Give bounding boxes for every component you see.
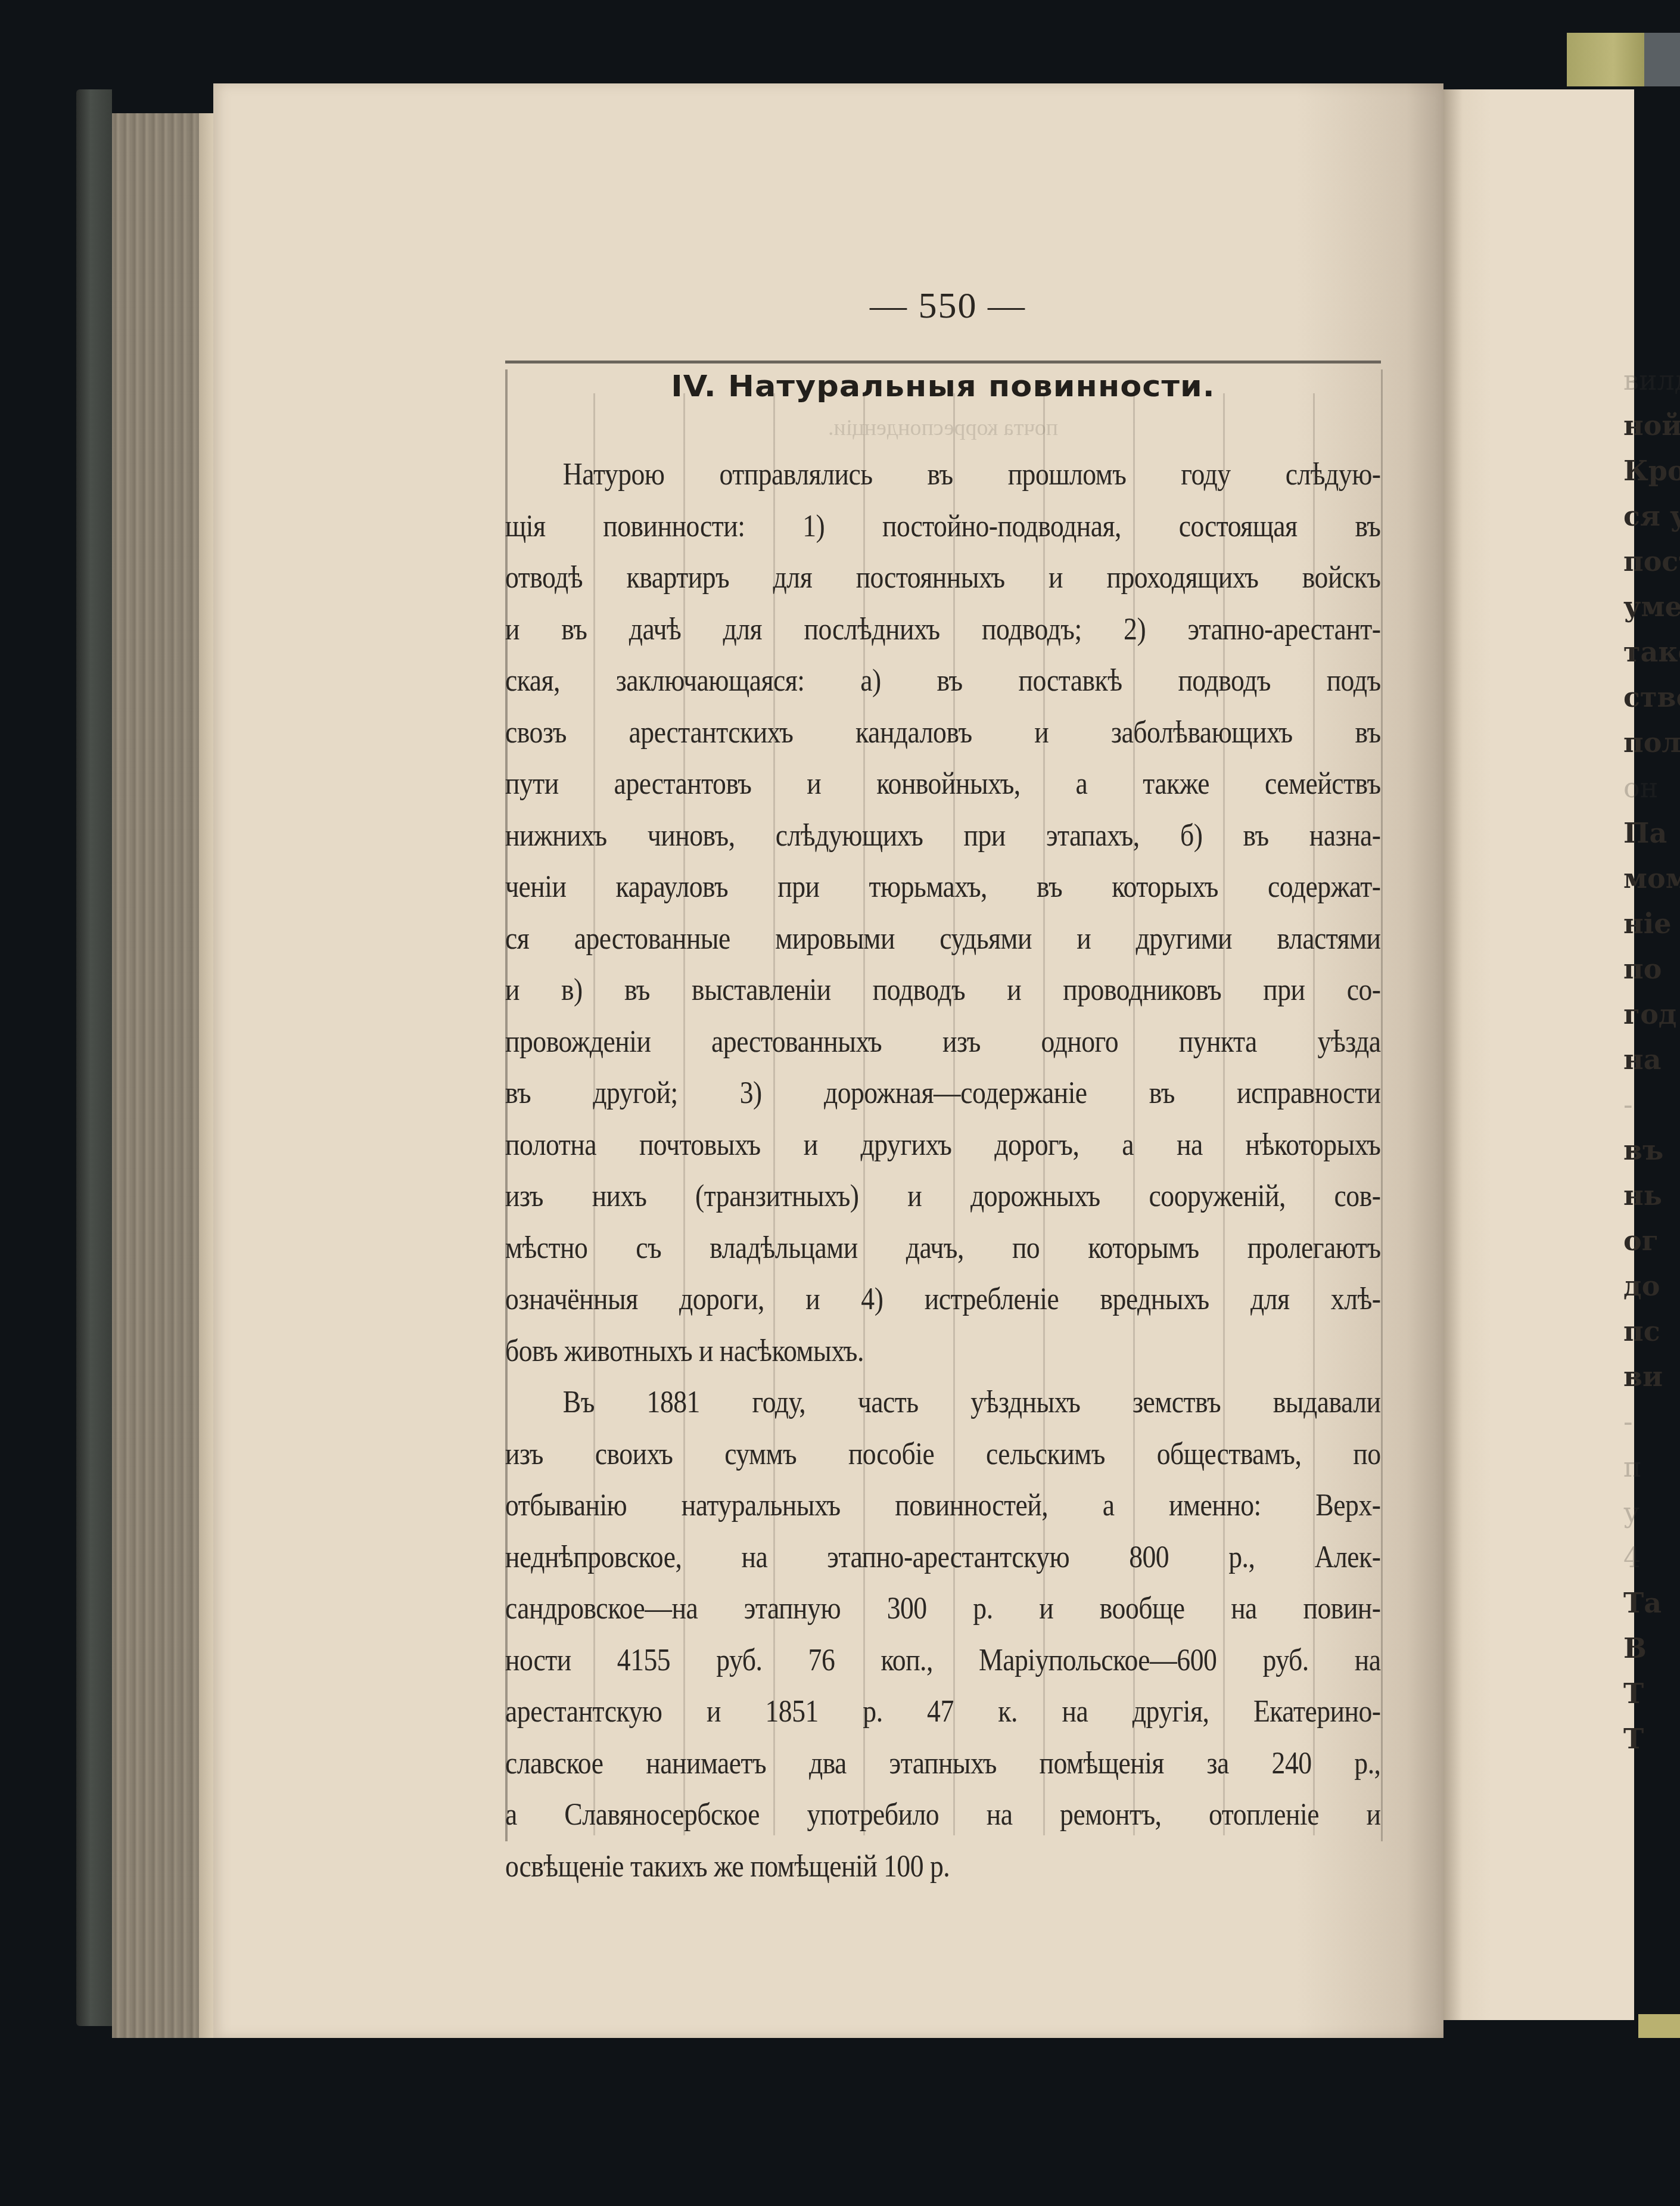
right-fragment: умен	[1623, 584, 1680, 629]
right-fragment: въ	[1623, 1127, 1680, 1173]
right-fragment: Кро	[1623, 448, 1680, 493]
right-fragment: он	[1623, 765, 1680, 810]
right-cover-tab	[1567, 33, 1644, 86]
text-line: неднѣпровское, на этапно-арестантскую 80…	[505, 1532, 1381, 1584]
right-fragment: у	[1623, 1490, 1680, 1535]
bleed-through-right-rule	[1381, 369, 1383, 1841]
text-line: ности 4155 руб. 76 коп., Маріупольское—6…	[505, 1635, 1381, 1687]
right-fragment: ной	[1623, 403, 1680, 448]
text-line: ся арестованные мировыми судьями и други…	[505, 914, 1381, 965]
text-line: освѣщеніе такихъ же помѣщеній 100 р.	[505, 1841, 1381, 1893]
right-fragment: -	[1623, 1399, 1680, 1444]
right-fragment: до	[1623, 1263, 1680, 1309]
right-fragment: -	[1623, 1082, 1680, 1127]
right-fragment: Та	[1623, 1580, 1680, 1626]
right-fragment: год	[1623, 992, 1680, 1037]
right-fragment: нь	[1623, 1173, 1680, 1218]
text-line: нижнихъ чиновъ, слѣдующихъ при этапахъ, …	[505, 810, 1381, 862]
text-line: отбыванію натуральныхъ повинностей, а им…	[505, 1480, 1381, 1532]
bleed-through-text: почта корреспонденціи.	[505, 410, 1381, 446]
right-fragment: такс	[1623, 629, 1680, 675]
heading-rule	[505, 361, 1381, 363]
text-line: ченіи карауловъ при тюрьмахъ, въ которых…	[505, 862, 1381, 914]
text-line: отводѣ квартиръ для постоянныхъ и проход…	[505, 552, 1381, 604]
right-fragment: пол	[1623, 720, 1680, 765]
right-fragment: по	[1623, 946, 1680, 992]
right-bottom-tab	[1638, 2014, 1680, 2038]
right-fragment: мом	[1623, 856, 1680, 901]
right-page-text-fragments: вилд ной Кро ся у пост умен такс ство по…	[1623, 358, 1680, 1761]
page-stack-edges	[112, 113, 213, 2038]
right-fragment: ся у	[1623, 493, 1680, 539]
right-page-sliver	[1443, 89, 1634, 2020]
right-fragment: вилд	[1623, 358, 1680, 403]
paragraph-2: Въ 1881 году, часть уѣздныхъ земствъ выд…	[505, 1377, 1381, 1893]
right-fragment: В	[1623, 1626, 1680, 1671]
section-title: IV. Натуральныя повинности.	[483, 368, 1403, 404]
right-fragment: п	[1623, 1444, 1680, 1490]
book-cover-edge	[76, 89, 112, 2026]
text-line: бовъ животныхъ и насѣкомыхъ.	[505, 1326, 1381, 1378]
right-fragment: Т	[1623, 1716, 1680, 1761]
text-line: щія повинности: 1) постойно-подводная, с…	[505, 501, 1381, 553]
right-fragment: ніе	[1623, 901, 1680, 946]
text-line: Въ 1881 году, часть уѣздныхъ земствъ выд…	[505, 1377, 1381, 1429]
text-line: арестантскую и 1851 р. 47 к. на другія, …	[505, 1686, 1381, 1738]
right-fragment: ство	[1623, 675, 1680, 720]
text-line: изъ нихъ (транзитныхъ) и дорожныхъ соору…	[505, 1171, 1381, 1223]
right-fragment: ог	[1623, 1218, 1680, 1263]
text-line: Натурою отправлялись въ прошломъ году сл…	[505, 449, 1381, 501]
text-line: изъ своихъ суммъ пособіе сельскимъ общес…	[505, 1429, 1381, 1481]
right-fragment: пост	[1623, 539, 1680, 584]
text-line: означённыя дороги, и 4) истребленіе вред…	[505, 1274, 1381, 1326]
right-fragment: 4	[1623, 1535, 1680, 1580]
right-fragment: Т	[1623, 1671, 1680, 1716]
text-line: провожденіи арестованныхъ изъ одного пун…	[505, 1017, 1381, 1068]
text-block: IV. Натуральныя повинности. почта коррес…	[505, 361, 1381, 1893]
text-line: ская, заключающаяся: а) въ поставкѣ подв…	[505, 655, 1381, 707]
text-line: сандровское—на этапную 300 р. и вообще н…	[505, 1583, 1381, 1635]
text-line: свозъ арестантскихъ кандаловъ и заболѣва…	[505, 707, 1381, 759]
right-fragment: на	[1623, 1037, 1680, 1082]
right-fragment: пс	[1623, 1309, 1680, 1354]
text-line: пути арестантовъ и конвойныхъ, а также с…	[505, 759, 1381, 810]
right-fragment: Па	[1623, 810, 1680, 856]
paragraph-1: Натурою отправлялись въ прошломъ году сл…	[505, 449, 1381, 1377]
page-number: — 550 —	[870, 285, 1026, 327]
text-line: а Славяносербское употребило на ремонтъ,…	[505, 1789, 1381, 1841]
right-cover-tab-gray	[1644, 33, 1680, 86]
text-line: и в) въ выставленіи подводъ и проводнико…	[505, 965, 1381, 1017]
text-line: мѣстно съ владѣльцами дачъ, по которымъ …	[505, 1223, 1381, 1275]
text-line: въ другой; 3) дорожная—содержаніе въ исп…	[505, 1068, 1381, 1120]
text-line: и въ дачѣ для послѣднихъ подводъ; 2) эта…	[505, 604, 1381, 656]
right-fragment: ви	[1623, 1354, 1680, 1399]
book-scan-scene: — 550 — IV. Натуральныя повинности. почт…	[0, 0, 1680, 2206]
text-line: славское нанимаетъ два этапныхъ помѣщені…	[505, 1738, 1381, 1790]
text-line: полотна почтовыхъ и другихъ дорогъ, а на…	[505, 1120, 1381, 1172]
